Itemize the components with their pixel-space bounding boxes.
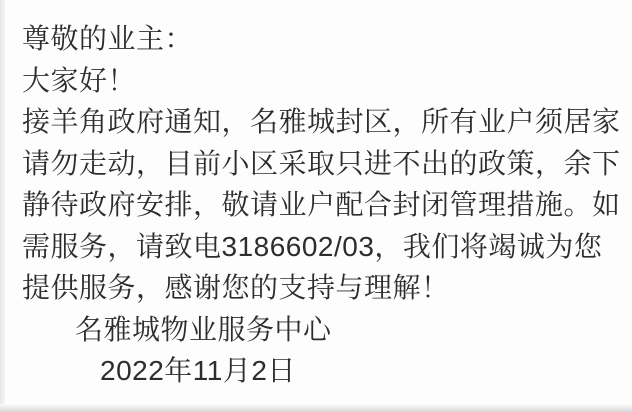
notice-body-line: 静待政府安排，敬请业户配合封闭管理措施。如 bbox=[22, 184, 618, 226]
notice-document: 尊敬的业主： 大家好！ 接羊角政府通知，名雅城封区，所有业户须居家 请勿走动，目… bbox=[0, 0, 632, 412]
notice-body-line: 请勿走动，目前小区采取只进不出的政策，余下 bbox=[22, 143, 618, 185]
notice-body-line: 接羊角政府通知，名雅城封区，所有业户须居家 bbox=[22, 101, 618, 143]
notice-greeting: 大家好！ bbox=[22, 60, 618, 102]
notice-body-line: 提供服务，感谢您的支持与理解！ bbox=[22, 267, 618, 309]
notice-signature: 名雅城物业服务中心 bbox=[22, 309, 618, 351]
notice-salutation: 尊敬的业主： bbox=[22, 18, 618, 60]
notice-body-line: 需服务，请致电3186602/03，我们将竭诚为您 bbox=[22, 226, 618, 268]
notice-date: 2022年11月2日 bbox=[22, 350, 618, 392]
